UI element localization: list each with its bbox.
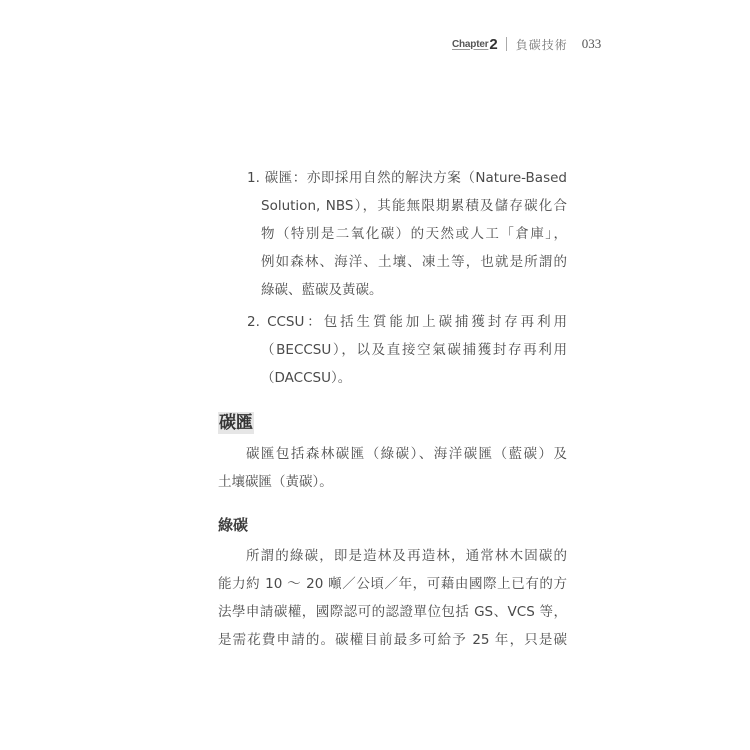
- chapter-number: 2: [489, 36, 497, 53]
- running-head: Chapter 2 負碳技術 033: [452, 34, 601, 54]
- list-item-line: Solution, NBS），其能無限期累積及儲存碳化合: [261, 196, 567, 216]
- paragraph-line: 土壤碳匯（黃碳）。: [218, 472, 333, 492]
- section-heading-carbon-sink: 碳匯: [218, 412, 254, 434]
- list-item-line: 2. CCSU：包括生質能加上碳捕獲封存再利用: [247, 312, 567, 332]
- section-heading-green-carbon: 綠碳: [218, 515, 248, 535]
- paragraph-line: 是需花費申請的。碳權目前最多可給予 25 年，只是碳: [218, 630, 567, 650]
- paragraph-line: 碳匯包括森林碳匯（綠碳）、海洋碳匯（藍碳）及: [246, 444, 567, 464]
- list-item-line: （BECCSU），以及直接空氣碳捕獲封存再利用: [261, 340, 567, 360]
- chapter-label: Chapter: [452, 39, 488, 50]
- paragraph-line: 能力約 10 ～ 20 噸／公頃／年，可藉由國際上已有的方: [218, 574, 567, 594]
- running-head-divider: [506, 37, 507, 51]
- paragraph-line: 所謂的綠碳，即是造林及再造林，通常林木固碳的: [246, 546, 567, 566]
- list-item-line: （DACCSU）。: [261, 368, 351, 388]
- list-item-line: 物（特別是二氧化碳）的天然或人工「倉庫」，: [261, 224, 567, 244]
- list-item-line: 綠碳、藍碳及黃碳。: [261, 280, 383, 300]
- paragraph-line: 法學申請碳權，國際認可的認證單位包括 GS、VCS 等，: [218, 602, 567, 622]
- page-number: 033: [582, 36, 602, 52]
- section-title: 負碳技術: [516, 36, 568, 53]
- list-item-line: 例如森林、海洋、土壤、凍土等，也就是所謂的: [261, 252, 567, 272]
- list-item-line: 1. 碳匯：亦即採用自然的解決方案（Nature-Based: [247, 168, 567, 188]
